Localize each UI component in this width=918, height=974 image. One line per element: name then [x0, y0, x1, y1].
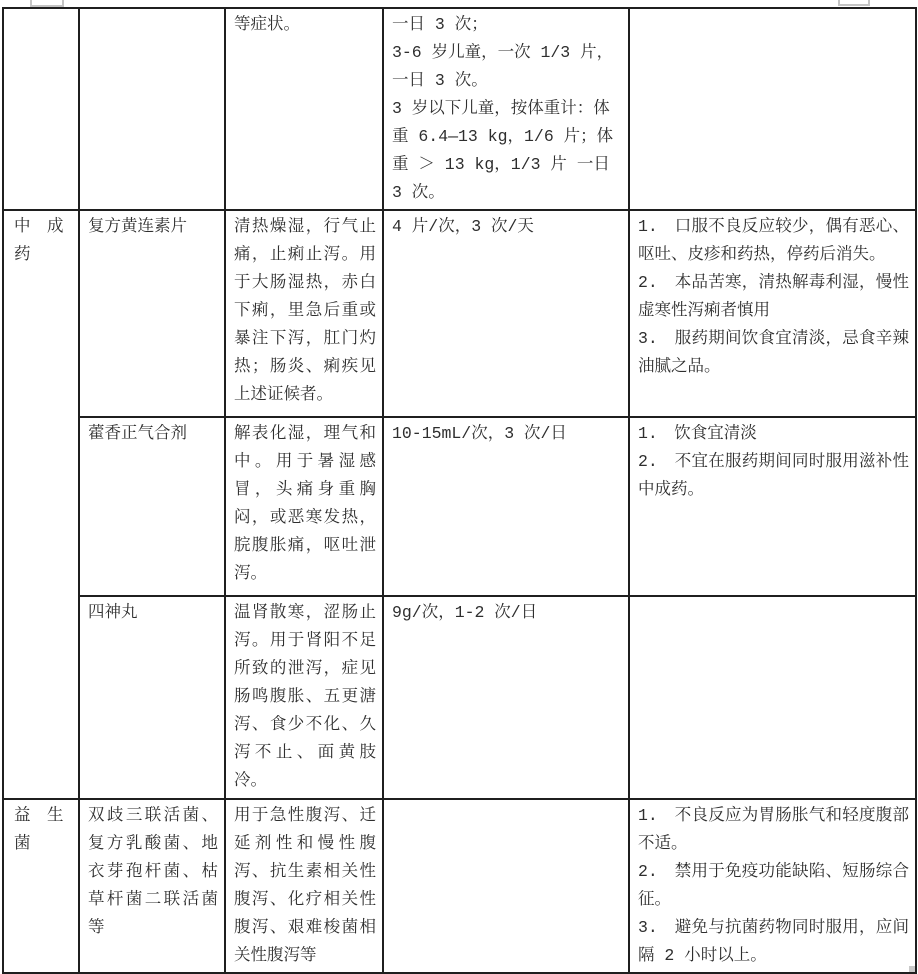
table-row-sishen-wan: 四神丸 温肾散寒，涩肠止泻。用于肾阳不足所致的泄泻，症见肠鸣腹胀、五更溏泻、食少… [3, 596, 916, 799]
category-cell-yishengjun: 益 生 菌 [3, 799, 79, 973]
drug-name-cell [79, 8, 225, 210]
cropped-element-fragment-top-right [838, 0, 870, 6]
notes-cell [629, 8, 916, 210]
drug-name-cell: 四神丸 [79, 596, 225, 799]
table-row-huoxiang-zhengqi: 藿香正气合剂 解表化湿，理气和中。用于暑湿感冒，头痛身重胸闷，或恶寒发热，脘腹胀… [3, 417, 916, 596]
notes-cell [629, 596, 916, 799]
table-row-yishengjun: 益 生 菌 双歧三联活菌、复方乳酸菌、地衣芽孢杆菌、枯草杆菌二联活菌等 用于急性… [3, 799, 916, 973]
medication-table: 等症状。 一日 3 次； 3-6 岁儿童，一次 1/3 片，一日 3 次。 3 … [2, 7, 917, 974]
notes-cell: 1. 不良反应为胃肠胀气和轻度腹部不适。 2. 禁用于免疫功能缺陷、短肠综合征。… [629, 799, 916, 973]
dosage-cell: 10-15mL/次，3 次/日 [383, 417, 629, 596]
dosage-cell: 4 片/次，3 次/天 [383, 210, 629, 417]
drug-name-cell: 藿香正气合剂 [79, 417, 225, 596]
function-cell: 解表化湿，理气和中。用于暑湿感冒，头痛身重胸闷，或恶寒发热，脘腹胀痛，呕吐泄泻。 [225, 417, 383, 596]
dosage-cell [383, 799, 629, 973]
cropped-element-fragment-top-left [30, 0, 64, 7]
function-cell: 用于急性腹泻、迁延剂性和慢性腹泻、抗生素相关性腹泻、化疗相关性腹泻、艰难梭菌相关… [225, 799, 383, 973]
function-cell: 等症状。 [225, 8, 383, 210]
dosage-cell: 一日 3 次； 3-6 岁儿童，一次 1/3 片，一日 3 次。 3 岁以下儿童… [383, 8, 629, 210]
dosage-cell: 9g/次，1-2 次/日 [383, 596, 629, 799]
drug-name-cell: 复方黄连素片 [79, 210, 225, 417]
category-cell [3, 8, 79, 210]
table-row-fufang-huangliansu: 中 成 药 复方黄连素片 清热燥湿，行气止痛，止痢止泻。用于大肠湿热，赤白下痢，… [3, 210, 916, 417]
function-cell: 清热燥湿，行气止痛，止痢止泻。用于大肠湿热，赤白下痢，里急后重或暴注下泻，肛门灼… [225, 210, 383, 417]
function-cell: 温肾散寒，涩肠止泻。用于肾阳不足所致的泄泻，症见肠鸣腹胀、五更溏泻、食少不化、久… [225, 596, 383, 799]
notes-cell: 1. 饮食宜清淡 2. 不宜在服药期间同时服用滋补性中成药。 [629, 417, 916, 596]
table-row-continuation: 等症状。 一日 3 次； 3-6 岁儿童，一次 1/3 片，一日 3 次。 3 … [3, 8, 916, 210]
drug-name-cell: 双歧三联活菌、复方乳酸菌、地衣芽孢杆菌、枯草杆菌二联活菌等 [79, 799, 225, 973]
notes-cell: 1. 口服不良反应较少，偶有恶心、呕吐、皮疹和药热，停药后消失。 2. 本品苦寒… [629, 210, 916, 417]
category-cell-zhongchengyao: 中 成 药 [3, 210, 79, 799]
